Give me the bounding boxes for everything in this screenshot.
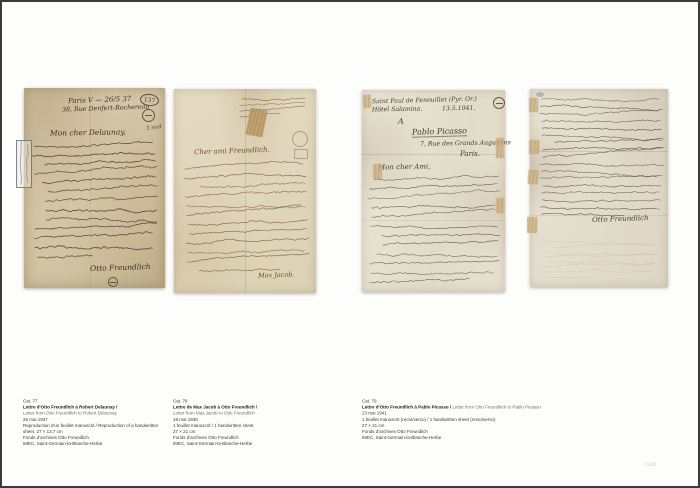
- address-name: Pablo Picasso: [412, 126, 467, 137]
- address-city: Paris.: [460, 150, 480, 158]
- signature-mark: [108, 277, 118, 287]
- signature: Otto Freundlich: [90, 262, 151, 273]
- tape-patch: [373, 164, 382, 179]
- archive-number: 137: [143, 96, 155, 104]
- tape-patch: [496, 198, 504, 213]
- caption-line: IMEC, Saint-Germain-la-Blanche-Herbe: [173, 441, 333, 447]
- caption-line: Lettre d'Otto Freundlich à Pablo Picasso…: [362, 404, 562, 410]
- letter-header-address: 38, Rue Denfert-Rochereau: [62, 103, 150, 113]
- caption-cat-77: Cat. 77Lettre d'Otto Freundlich à Robert…: [23, 398, 183, 488]
- letter-freundlich-to-picasso-recto: Saint Paul de Fenouillet (Pyr. Or.) Hôte…: [362, 90, 505, 292]
- tape-patch: [362, 95, 371, 109]
- circular-stamp: [292, 131, 308, 147]
- margin-annotation-text: [17, 141, 31, 187]
- caption-line: IMEC, Saint-Germain-la-Blanche-Herbe: [362, 435, 562, 441]
- circled-bar-stamp: [142, 109, 155, 122]
- handwritten-body: [537, 94, 664, 217]
- fold-line: [362, 154, 505, 155]
- handwritten-body: [182, 158, 311, 275]
- caption-cat-79: Cat. 79Lettre d'Otto Freundlich à Pablo …: [362, 398, 562, 483]
- circled-bar-stamp: [493, 97, 505, 109]
- salutation: Cher ami Freundlich.: [194, 146, 270, 157]
- salutation: Mon cher Delaunay,: [50, 127, 126, 137]
- salutation: Mon cher Ami,: [378, 163, 431, 172]
- corner-note: 3 mot: [146, 124, 163, 132]
- tape-patch: [529, 98, 538, 112]
- page-number: | 113: [646, 461, 665, 473]
- letter-freundlich-to-picasso-verso: Otto Freundlich: [530, 89, 668, 287]
- bleed-through-text: [540, 239, 658, 279]
- tape-patch: [528, 170, 539, 185]
- letter-header-date: 13.5.1941.: [442, 105, 476, 113]
- tape-patch: [527, 217, 537, 233]
- handwritten-body: [367, 173, 501, 286]
- page-number-label: | 113: [646, 462, 656, 467]
- tape-patch: [496, 138, 504, 158]
- margin-annotation: [16, 140, 32, 188]
- letter-freundlich-to-delaunay: Paris V — 26/5 37 38, Rue Denfert-Rocher…: [24, 88, 165, 288]
- letter-max-jacob-to-freundlich: Cher ami Freundlich. Max Jacob.: [174, 89, 316, 293]
- letter-header-hotel: Hôtel Salamina.: [372, 106, 422, 114]
- ink-smudge: [536, 92, 544, 97]
- handwritten-body: [31, 139, 159, 261]
- stamp-box: [294, 149, 308, 159]
- caption-line: IMEC, Saint-Germain-la-Blanche-Herbe: [23, 441, 183, 447]
- address-to: A: [398, 117, 404, 126]
- tape-patch: [246, 108, 267, 138]
- letter-header-place: Saint Paul de Fenouillet (Pyr. Or.): [372, 96, 477, 106]
- tape-patch: [529, 140, 539, 154]
- book-spread-page: Paris V — 26/5 37 38, Rue Denfert-Rocher…: [0, 0, 700, 488]
- caption-cat-78: Cat. 78Lettre de Max Jacob à Otto Freund…: [173, 398, 333, 488]
- signature: Otto Freundlich: [592, 214, 649, 224]
- signature: Max Jacob.: [258, 270, 295, 279]
